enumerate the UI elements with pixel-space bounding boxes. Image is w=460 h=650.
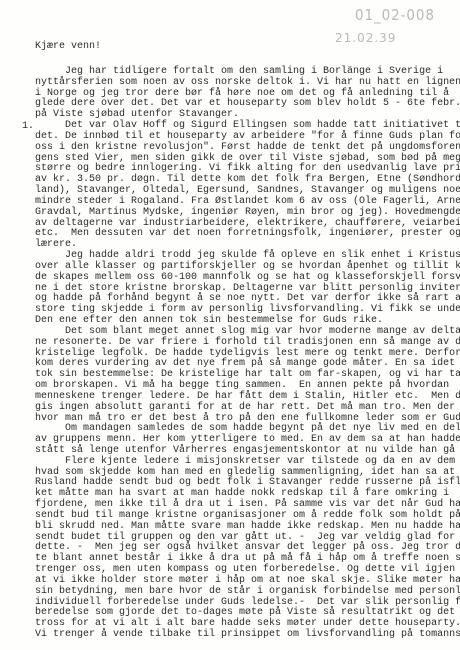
section-marker: 1. xyxy=(22,121,34,132)
text-line: ne resonerte. De var friere i forhold ti… xyxy=(35,338,460,349)
archive-code-stamp: 01_02-008 xyxy=(355,6,435,24)
salutation: Kjære venn! xyxy=(35,42,101,53)
text-line: Gravdal, Martinus Mydske, ingeniør Røyen… xyxy=(35,208,460,219)
text-line: de skapes mellem oss 60-100 mannfolk og … xyxy=(35,273,460,284)
document-page: 01_02-008 21.02.39 Kjære venn! 1. Jeg ha… xyxy=(0,0,460,650)
text-line: Vi trenger å vende tilbake til prinsippe… xyxy=(35,630,460,641)
date-stamp: 21.02.39 xyxy=(335,31,396,45)
text-line: bli skrudd ned. Man måtte svare man hadd… xyxy=(35,522,460,533)
text-line: etc. Men dessuten var det noen forretnin… xyxy=(35,229,460,240)
text-line: sin betydning, men bare hvor de står i o… xyxy=(35,587,460,598)
letter-body: Jeg har tidligere fortalt om den samling… xyxy=(35,67,460,641)
text-line: gis ingen absolutt garanti for at de har… xyxy=(35,403,460,414)
text-line: oss i den kristne revolusjon". Først had… xyxy=(35,143,460,154)
